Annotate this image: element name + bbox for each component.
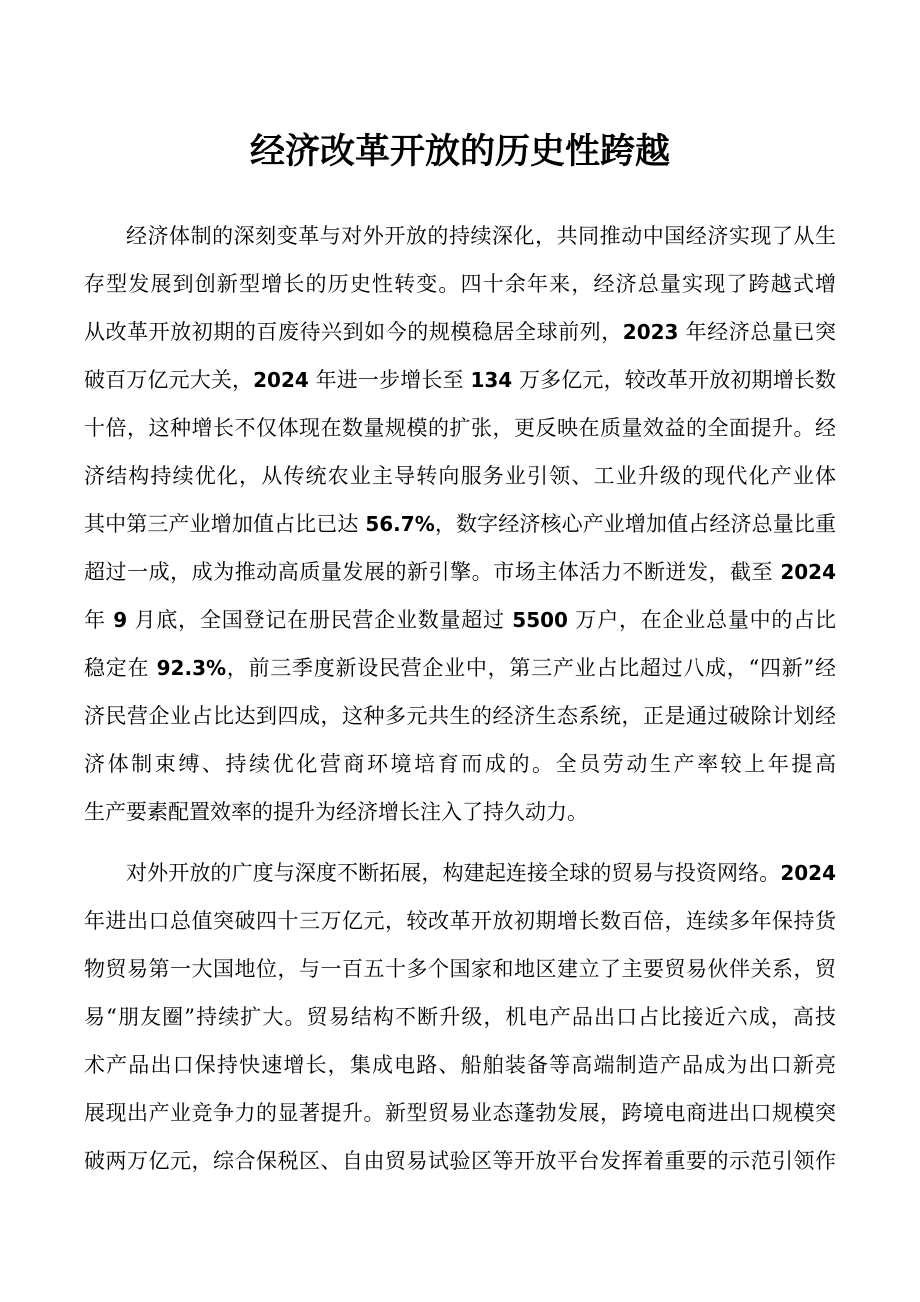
numeric-text: 9 xyxy=(113,608,127,632)
text-line: 济体制束缚、持续优化营商环境培育而成的。全员劳动生产率较上年提高 4.9%， xyxy=(84,740,836,788)
numeric-text: 56.7% xyxy=(365,512,434,536)
text-line: 破百万亿元大关，2024 年进一步增长至 134 万多亿元，较改革开放初期增长数 xyxy=(84,356,836,404)
paragraph: 对外开放的广度与深度不断拓展，构建起连接全球的贸易与投资网络。2024年进出口总… xyxy=(84,849,836,1185)
text-line: 对外开放的广度与深度不断拓展，构建起连接全球的贸易与投资网络。2024 xyxy=(84,849,836,897)
text-line: 生产要素配置效率的提升为经济增长注入了持久动力。 xyxy=(84,788,836,836)
text-line: 术产品出口保持快速增长，集成电路、船舶装备等高端制造产品成为出口新亮点， xyxy=(84,1041,836,1089)
text-line: 破两万亿元，综合保税区、自由贸易试验区等开放平台发挥着重要的示范引领作 xyxy=(84,1137,836,1185)
paragraph: 经济体制的深刻变革与对外开放的持续深化，共同推动中国经济实现了从生存型发展到创新… xyxy=(84,212,836,836)
text-line: 济结构持续优化，从传统农业主导转向服务业引领、工业升级的现代化产业体系， xyxy=(84,452,836,500)
document-body: 经济体制的深刻变革与对外开放的持续深化，共同推动中国经济实现了从生存型发展到创新… xyxy=(84,212,836,1185)
text-line: 经济体制的深刻变革与对外开放的持续深化，共同推动中国经济实现了从生 xyxy=(84,212,836,260)
numeric-text: 134 xyxy=(470,368,512,392)
numeric-text: 2024 xyxy=(253,368,309,392)
numeric-text: 2024 xyxy=(780,861,836,885)
text-line: 从改革开放初期的百废待兴到如今的规模稳居全球前列，2023 年经济总量已突 xyxy=(84,308,836,356)
text-line: 易“朋友圈”持续扩大。贸易结构不断升级，机电产品出口占比接近六成，高技 xyxy=(84,993,836,1041)
text-line: 济民营企业占比达到四成，这种多元共生的经济生态系统，正是通过破除计划经 xyxy=(84,692,836,740)
text-line: 其中第三产业增加值占比已达 56.7%，数字经济核心产业增加值占经济总量比重 xyxy=(84,500,836,548)
document-title: 经济改革开放的历史性跨越 xyxy=(84,0,836,176)
text-line: 十倍，这种增长不仅体现在数量规模的扩张，更反映在质量效益的全面提升。经 xyxy=(84,404,836,452)
numeric-text: 92.3% xyxy=(157,656,226,680)
text-line: 稳定在 92.3%，前三季度新设民营企业中，第三产业占比超过八成，“四新”经 xyxy=(84,644,836,692)
text-line: 展现出产业竞争力的显著提升。新型贸易业态蓬勃发展，跨境电商进出口规模突 xyxy=(84,1089,836,1137)
text-line: 存型发展到创新型增长的历史性转变。四十余年来，经济总量实现了跨越式增长， xyxy=(84,260,836,308)
text-line: 物贸易第一大国地位，与一百五十多个国家和地区建立了主要贸易伙伴关系，贸 xyxy=(84,945,836,993)
text-line: 年 9 月底，全国登记在册民营企业数量超过 5500 万户，在企业总量中的占比 xyxy=(84,596,836,644)
text-line: 年进出口总值突破四十三万亿元，较改革开放初期增长数百倍，连续多年保持货 xyxy=(84,897,836,945)
numeric-text: 2024 xyxy=(780,560,836,584)
document-page: 经济改革开放的历史性跨越 经济体制的深刻变革与对外开放的持续深化，共同推动中国经… xyxy=(84,0,836,1185)
text-line: 超过一成，成为推动高质量发展的新引擎。市场主体活力不断迸发，截至 2024 xyxy=(84,548,836,596)
numeric-text: 2023 xyxy=(623,320,679,344)
numeric-text: 5500 xyxy=(512,608,568,632)
